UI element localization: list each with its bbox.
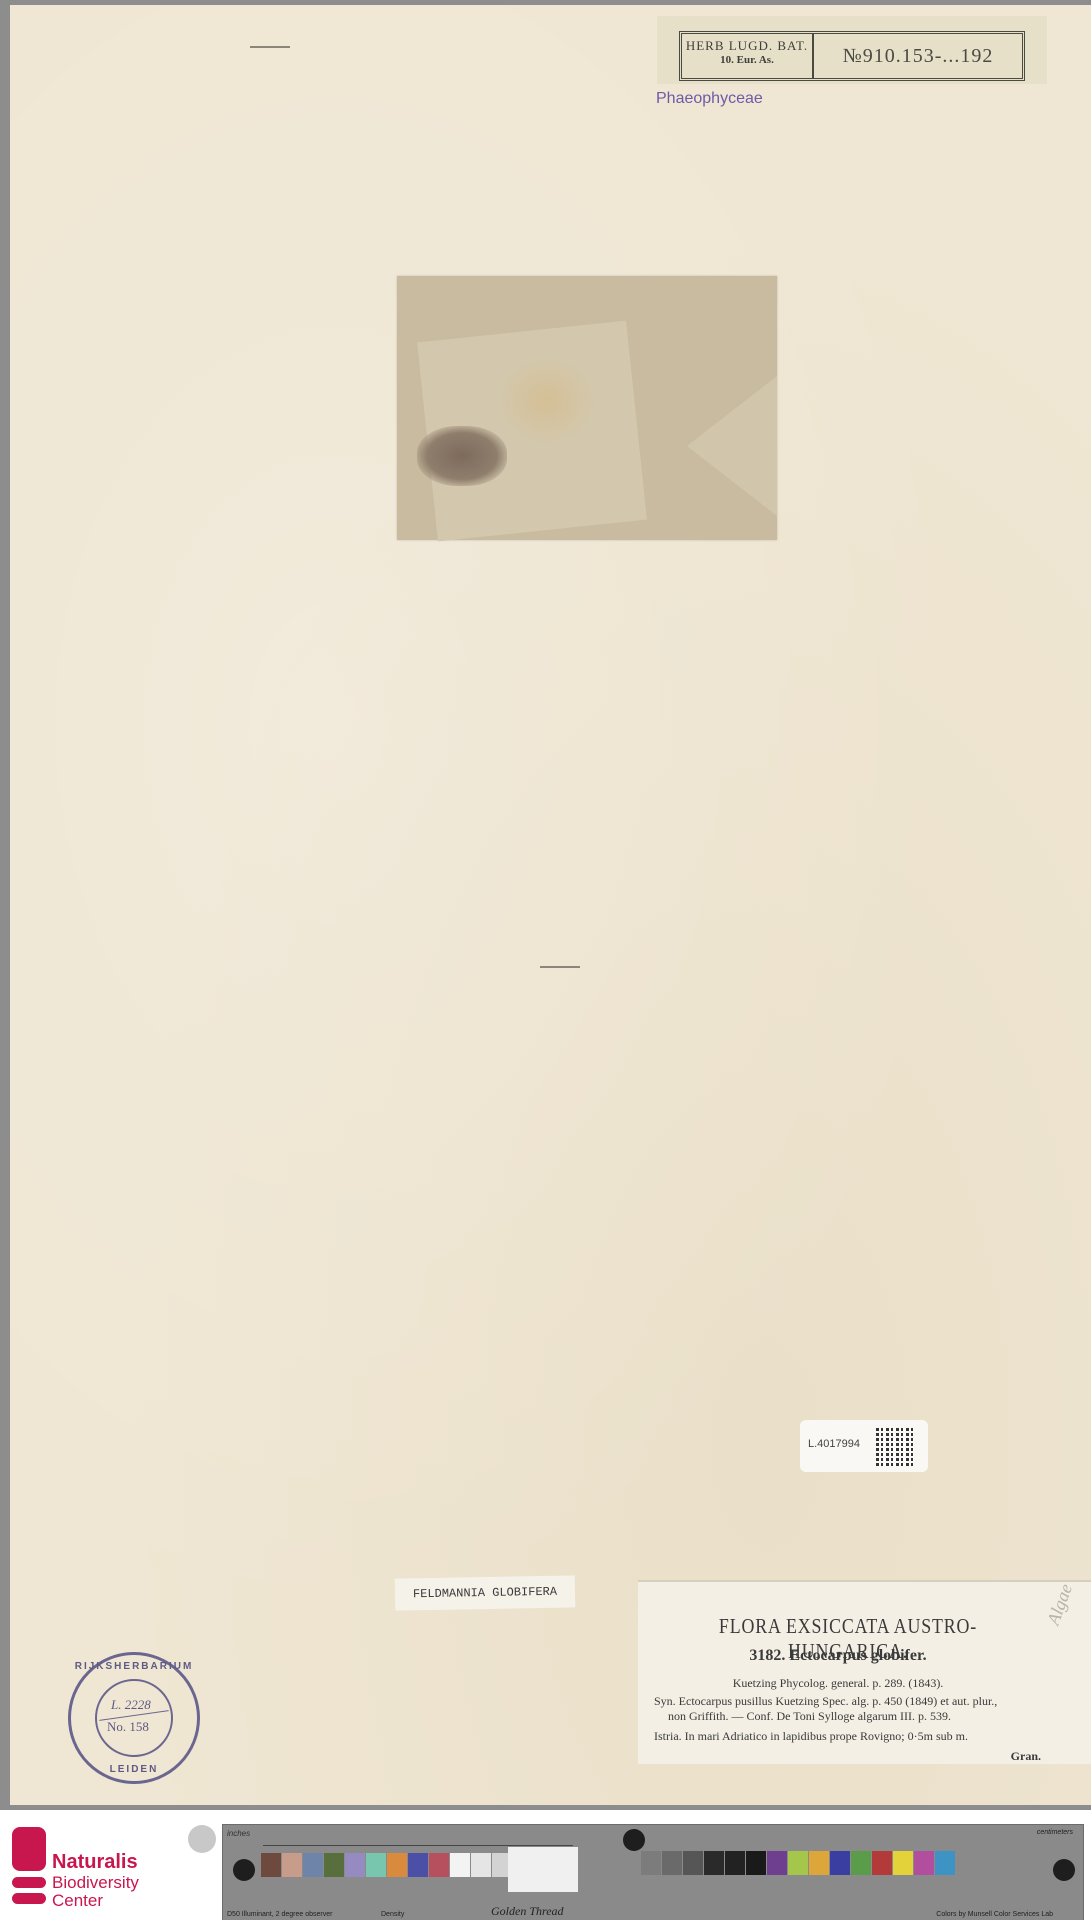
color-swatch <box>641 1851 661 1875</box>
algae-specimen <box>417 426 507 486</box>
color-swatch <box>914 1851 934 1875</box>
reference-text: Kuetzing Phycolog. general. p. 289. (184… <box>638 1676 1038 1691</box>
logo-line-2: Biodiversity <box>52 1873 139 1893</box>
herbarium-sheet <box>10 5 1091 1805</box>
color-swatch <box>429 1853 449 1877</box>
color-swatch <box>387 1853 407 1877</box>
gray-reference-dot <box>188 1825 216 1853</box>
specimen-packet <box>397 276 777 540</box>
color-swatch <box>345 1853 365 1877</box>
packet-flap <box>687 376 777 516</box>
specimen-stain <box>497 356 597 446</box>
color-swatch <box>282 1853 302 1877</box>
color-swatch <box>746 1851 766 1875</box>
color-swatch <box>303 1853 323 1877</box>
card-hole-left <box>233 1859 255 1881</box>
density-label: Density <box>381 1911 404 1918</box>
color-swatch <box>809 1851 829 1875</box>
datamatrix-code-icon <box>876 1428 914 1466</box>
ruler-label-inches: inches <box>227 1829 250 1838</box>
footer-bar: Naturalis Biodiversity Center inches cen… <box>0 1810 1091 1920</box>
inch-ruler <box>263 1829 573 1846</box>
handwritten-note: Algae <box>1043 1581 1077 1628</box>
color-swatch <box>935 1851 955 1875</box>
label-institution-cell: HERB LUGD. BAT. 10. Eur. As. <box>682 34 814 78</box>
synonymy-line-2: non Griffith. — Conf. De Toni Sylloge al… <box>654 1709 1084 1724</box>
color-swatch <box>788 1851 808 1875</box>
munsell-credit: Colors by Munsell Color Services Lab <box>936 1911 1053 1918</box>
logo-n-icon <box>12 1827 46 1871</box>
color-swatch <box>851 1851 871 1875</box>
illuminant-text: D50 Illuminant, 2 degree observer <box>227 1911 332 1918</box>
species-name: 3182. Ectocarpus globifer. <box>638 1647 1038 1665</box>
color-swatch <box>725 1851 745 1875</box>
catalog-barcode-label: L.4017994 <box>800 1420 928 1472</box>
ruler-label-cm: centimeters <box>1037 1829 1073 1836</box>
collector-text: Gran. <box>1011 1749 1041 1764</box>
color-swatch <box>683 1851 703 1875</box>
color-swatch <box>830 1851 850 1875</box>
color-swatch <box>324 1853 344 1877</box>
card-hole-middle <box>623 1829 645 1851</box>
catalog-number: L.4017994 <box>808 1438 860 1450</box>
color-swatch <box>767 1851 787 1875</box>
color-swatch <box>872 1851 892 1875</box>
color-swatches-right <box>641 1851 955 1875</box>
color-swatch <box>261 1853 281 1877</box>
color-swatch <box>471 1853 491 1877</box>
section-text: 10. Eur. As. <box>682 54 812 66</box>
staple-mark-top <box>250 46 290 48</box>
logo-bar-icon <box>12 1877 46 1888</box>
color-swatch <box>366 1853 386 1877</box>
institution-text: HERB LUGD. BAT. <box>682 38 812 54</box>
herbarium-number-label: HERB LUGD. BAT. 10. Eur. As. №910.153-..… <box>657 16 1047 84</box>
color-swatch <box>893 1851 913 1875</box>
stamp-no-number: No. 158 <box>107 1719 149 1735</box>
color-swatch <box>662 1851 682 1875</box>
determination-label: FELDMANNIA GLOBIFERA <box>395 1575 576 1610</box>
exsiccata-label: Algae FLORA EXSICCATA AUSTRO-HUNGARICA. … <box>638 1580 1091 1764</box>
logo-line-1: Naturalis <box>52 1851 138 1874</box>
color-swatch <box>450 1853 470 1877</box>
logo-line-3: Center <box>52 1891 103 1911</box>
stamp-top-text: RIJKSHERBARIUM <box>71 1661 197 1672</box>
label-frame: HERB LUGD. BAT. 10. Eur. As. №910.153-..… <box>679 31 1025 81</box>
stamp-l-number: L. 2228 <box>111 1697 151 1713</box>
group-stamp: Phaeophyceae <box>656 90 763 108</box>
staple-mark-middle <box>540 966 580 968</box>
rijksherbarium-stamp: RIJKSHERBARIUM L. 2228 No. 158 LEIDEN <box>68 1652 200 1784</box>
color-swatch <box>408 1853 428 1877</box>
naturalis-logo: Naturalis Biodiversity Center <box>12 1827 142 1907</box>
golden-thread-brand: Golden Thread <box>491 1904 564 1919</box>
card-hole-right <box>1053 1859 1075 1881</box>
color-calibration-card: inches centimeters D50 Illuminant, 2 deg… <box>222 1824 1084 1920</box>
locality-text: Istria. In mari Adriatico in lapidibus p… <box>654 1729 968 1744</box>
synonymy-line-1: Syn. Ectocarpus pusillus Kuetzing Spec. … <box>654 1694 1084 1709</box>
resolution-target <box>508 1847 578 1892</box>
synonymy-text: Syn. Ectocarpus pusillus Kuetzing Spec. … <box>654 1694 1084 1724</box>
stamp-bottom-text: LEIDEN <box>71 1764 197 1775</box>
sheet-number: №910.153-...192 <box>814 34 1022 78</box>
color-swatch <box>704 1851 724 1875</box>
logo-bar-icon <box>12 1893 46 1904</box>
